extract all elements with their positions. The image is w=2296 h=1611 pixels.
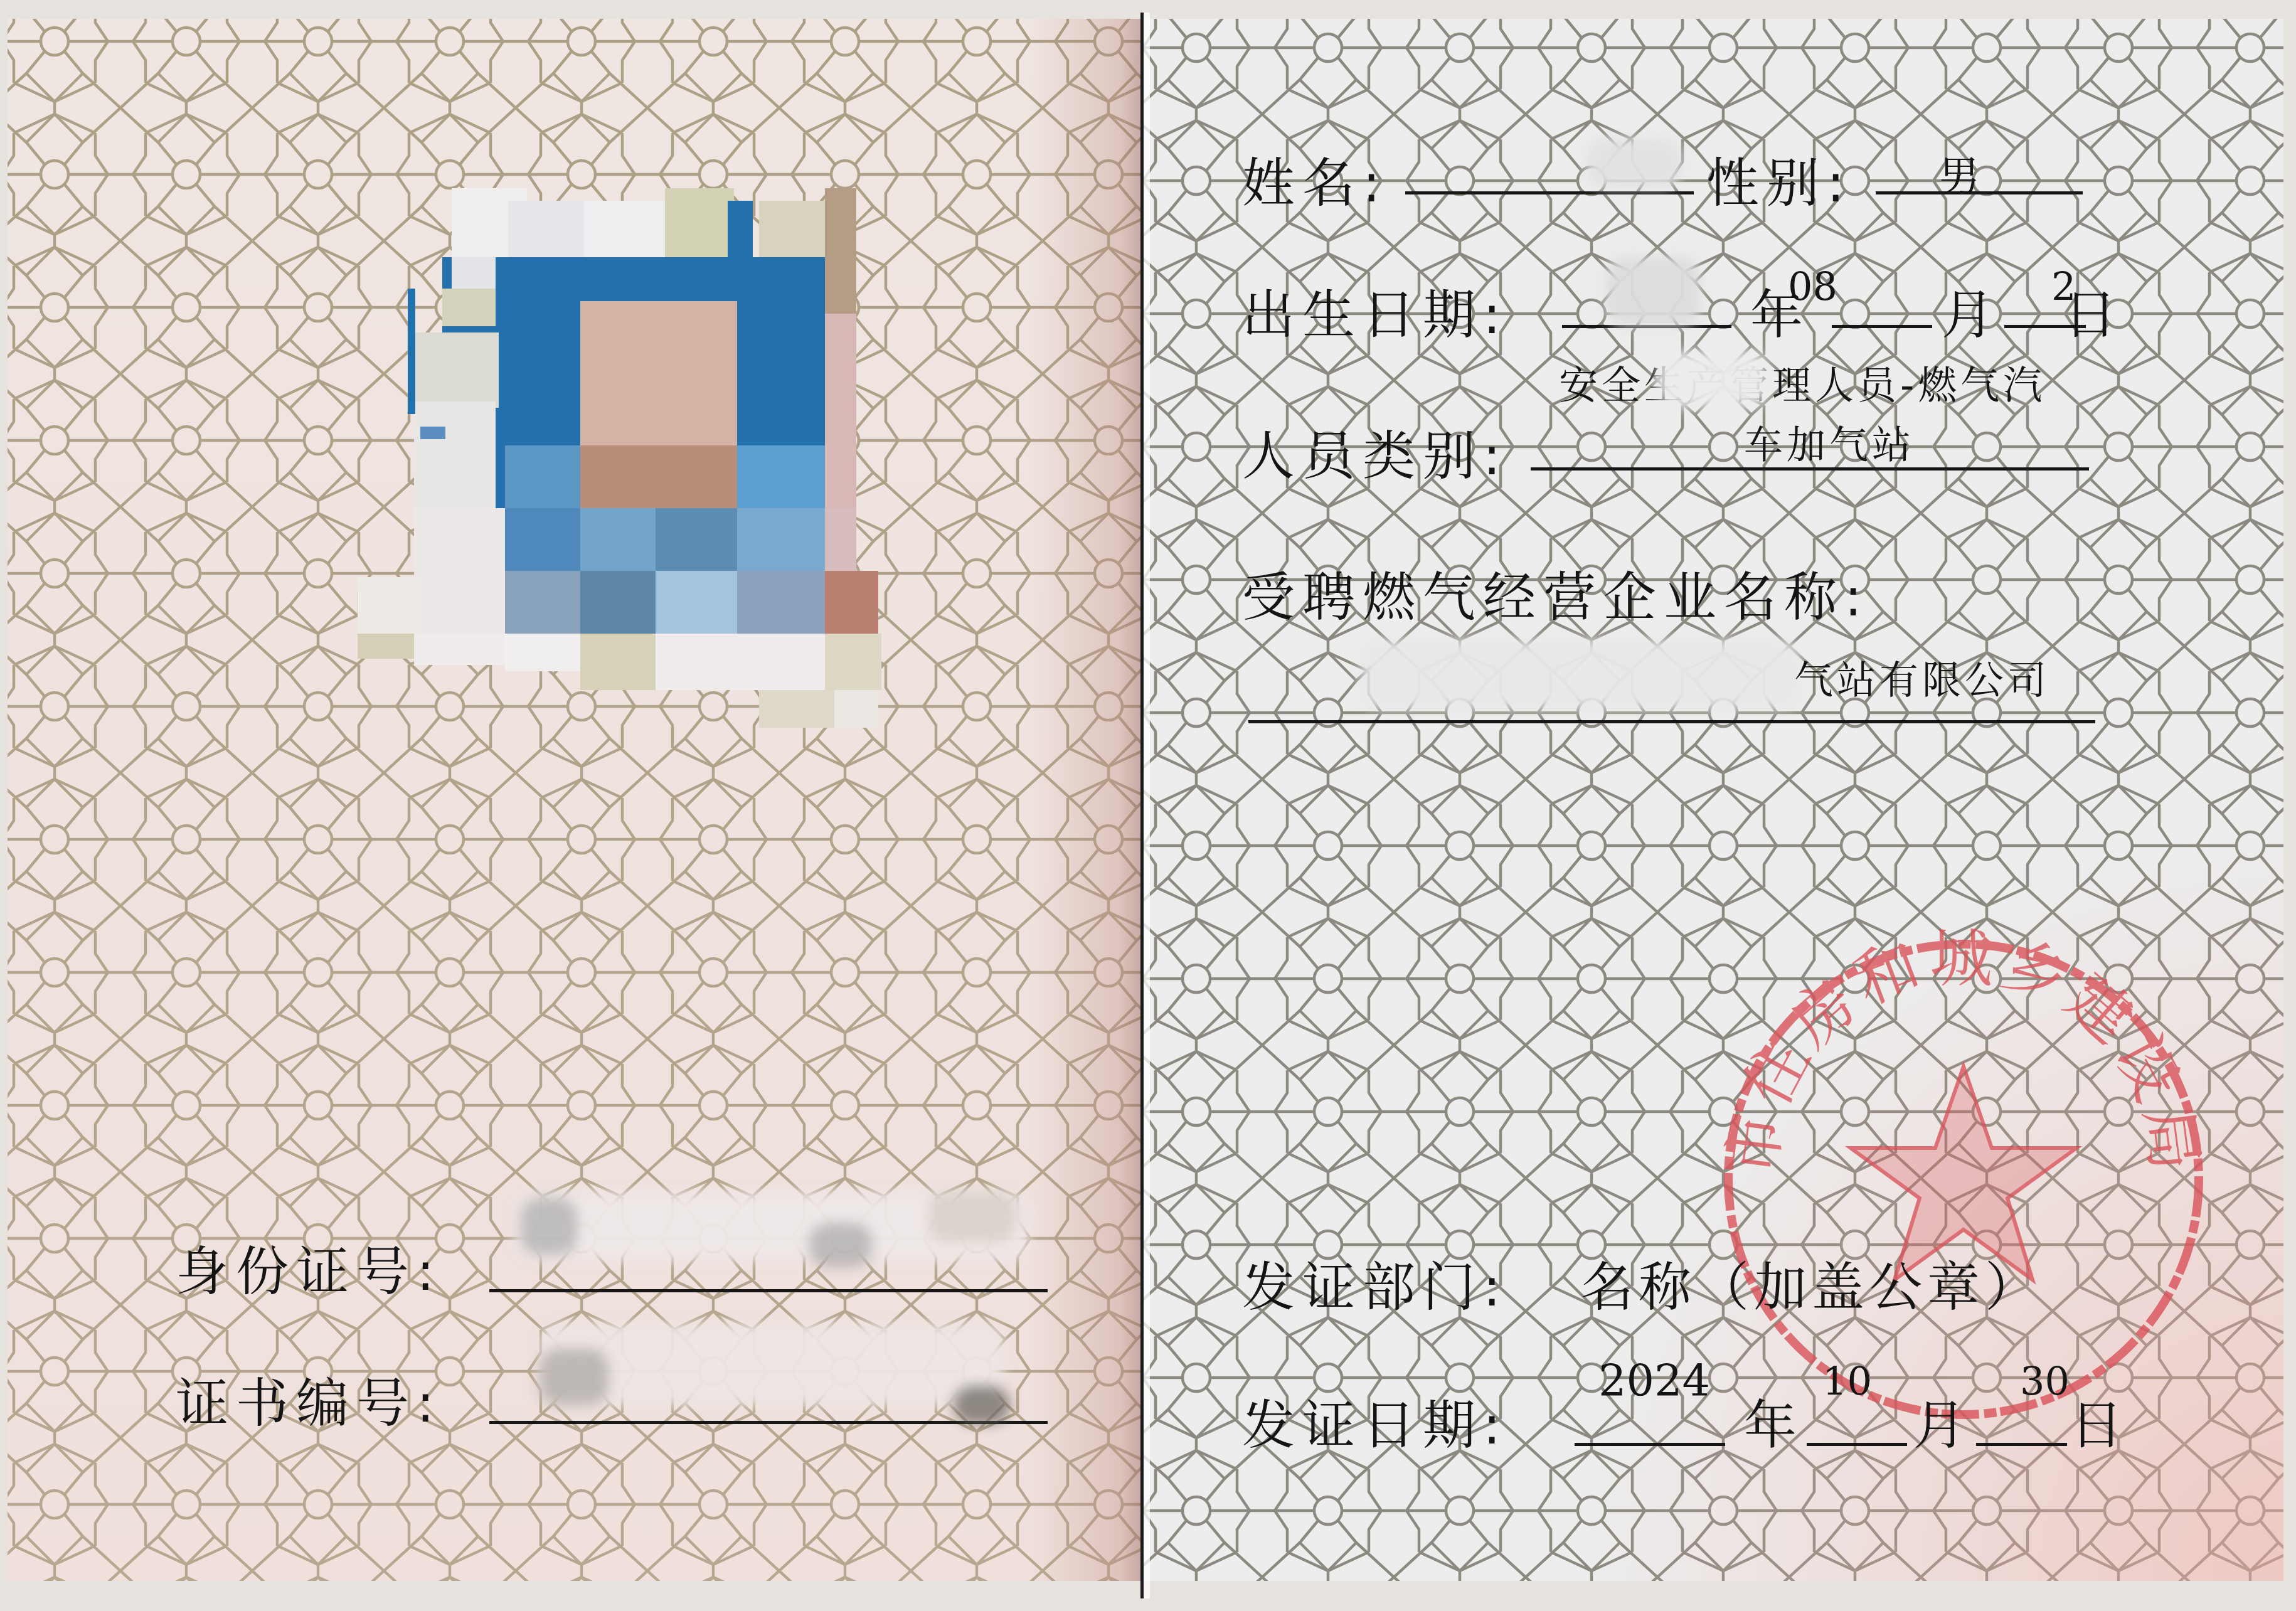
birth-year-redacted bbox=[1606, 257, 1700, 326]
issue-month-unit: 月 bbox=[1913, 1383, 1974, 1459]
id-number-label: 身份证号: bbox=[176, 1230, 442, 1305]
holder-photo-pixelated bbox=[427, 188, 866, 897]
spine-highlight bbox=[1144, 13, 1150, 1598]
name-underline bbox=[1405, 191, 1694, 194]
name-label: 姓名: bbox=[1242, 141, 1388, 217]
personnel-category-underline bbox=[1531, 467, 2089, 471]
issue-month-value: 10 bbox=[1822, 1358, 1872, 1404]
birth-month-underline bbox=[1832, 325, 1932, 328]
gender-label: 性别: bbox=[1706, 141, 1852, 217]
personnel-category-partial-redaction bbox=[1656, 351, 1769, 408]
personnel-category-value-line1: 安全生产管理人员-燃气汽 bbox=[1559, 354, 2046, 410]
employer-label: 受聘燃气经营企业名称: bbox=[1242, 555, 1869, 631]
certificate-number-label: 证书编号: bbox=[176, 1361, 442, 1437]
personnel-category-value-line2: 车加气站 bbox=[1744, 414, 1915, 470]
birth-date-label: 出生日期: bbox=[1242, 273, 1508, 349]
id-number-underline bbox=[489, 1289, 1048, 1292]
employer-value: 气站有限公司 bbox=[1794, 649, 2050, 705]
issuing-authority-label: 发证部门: bbox=[1242, 1245, 1508, 1321]
official-seal: 市住房和城乡建设局 bbox=[1706, 922, 2221, 1437]
issue-month-underline bbox=[1807, 1443, 1907, 1446]
issue-day-unit: 日 bbox=[2070, 1383, 2130, 1459]
issue-date-label: 发证日期: bbox=[1242, 1383, 1508, 1459]
birth-month-value: 08 bbox=[1788, 263, 1837, 309]
gender-value: 男 bbox=[1938, 143, 1982, 203]
issue-day-value: 30 bbox=[2020, 1358, 2070, 1404]
issue-year-underline bbox=[1575, 1443, 1725, 1446]
name-value-redacted bbox=[1587, 138, 1681, 188]
employer-prefix-redacted bbox=[1361, 640, 1800, 709]
personnel-category-label: 人员类别: bbox=[1242, 414, 1508, 490]
issue-year-value: 2024 bbox=[1598, 1355, 1710, 1406]
issuing-authority-value: 名称（加盖公章） bbox=[1581, 1245, 2043, 1321]
employer-underline bbox=[1248, 720, 2095, 723]
birth-day-unit: 日 bbox=[2064, 273, 2124, 349]
birth-month-unit: 月 bbox=[1942, 273, 2002, 349]
issue-year-unit: 年 bbox=[1744, 1383, 1804, 1459]
certificate-booklet: 身份证号: 证书编号: 姓名: 性别: 男 出生日期: 年 08 月 2 日 安… bbox=[0, 0, 2296, 1611]
issue-day-underline bbox=[1976, 1443, 2067, 1446]
